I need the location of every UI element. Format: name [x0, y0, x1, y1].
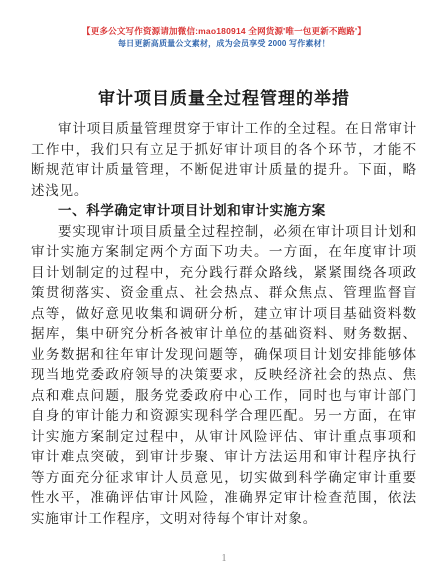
document-title: 审计项目质量全过程管理的举措: [0, 84, 448, 109]
document-body: 审计项目质量管理贯穿于审计工作的全过程。在日常审计工作中，我们只有立足于抓好审计…: [31, 119, 417, 529]
page-number: 1: [0, 553, 448, 564]
section-heading: 一、科学确定审计项目计划和审计实施方案: [31, 201, 417, 222]
document-page: 【更多公文写作资源请加微信:mao180914 全网货源'唯一包更新不跑路'】 …: [0, 0, 448, 580]
promo-line-red: 【更多公文写作资源请加微信:mao180914 全网货源'唯一包更新不跑路'】: [0, 26, 448, 37]
promo-header: 【更多公文写作资源请加微信:mao180914 全网货源'唯一包更新不跑路'】 …: [0, 0, 448, 50]
promo-line-blue: 每日更新高质量公文素材，成为会员享受 2000 写作素材！: [0, 39, 448, 50]
paragraph-intro: 审计项目质量管理贯穿于审计工作的全过程。在日常审计工作中，我们只有立足于抓好审计…: [31, 119, 417, 201]
paragraph-section-body: 要实现审计项目质量全过程控制，必须在审计项目计划和审计实施方案制定两个方面下功夫…: [31, 222, 417, 530]
